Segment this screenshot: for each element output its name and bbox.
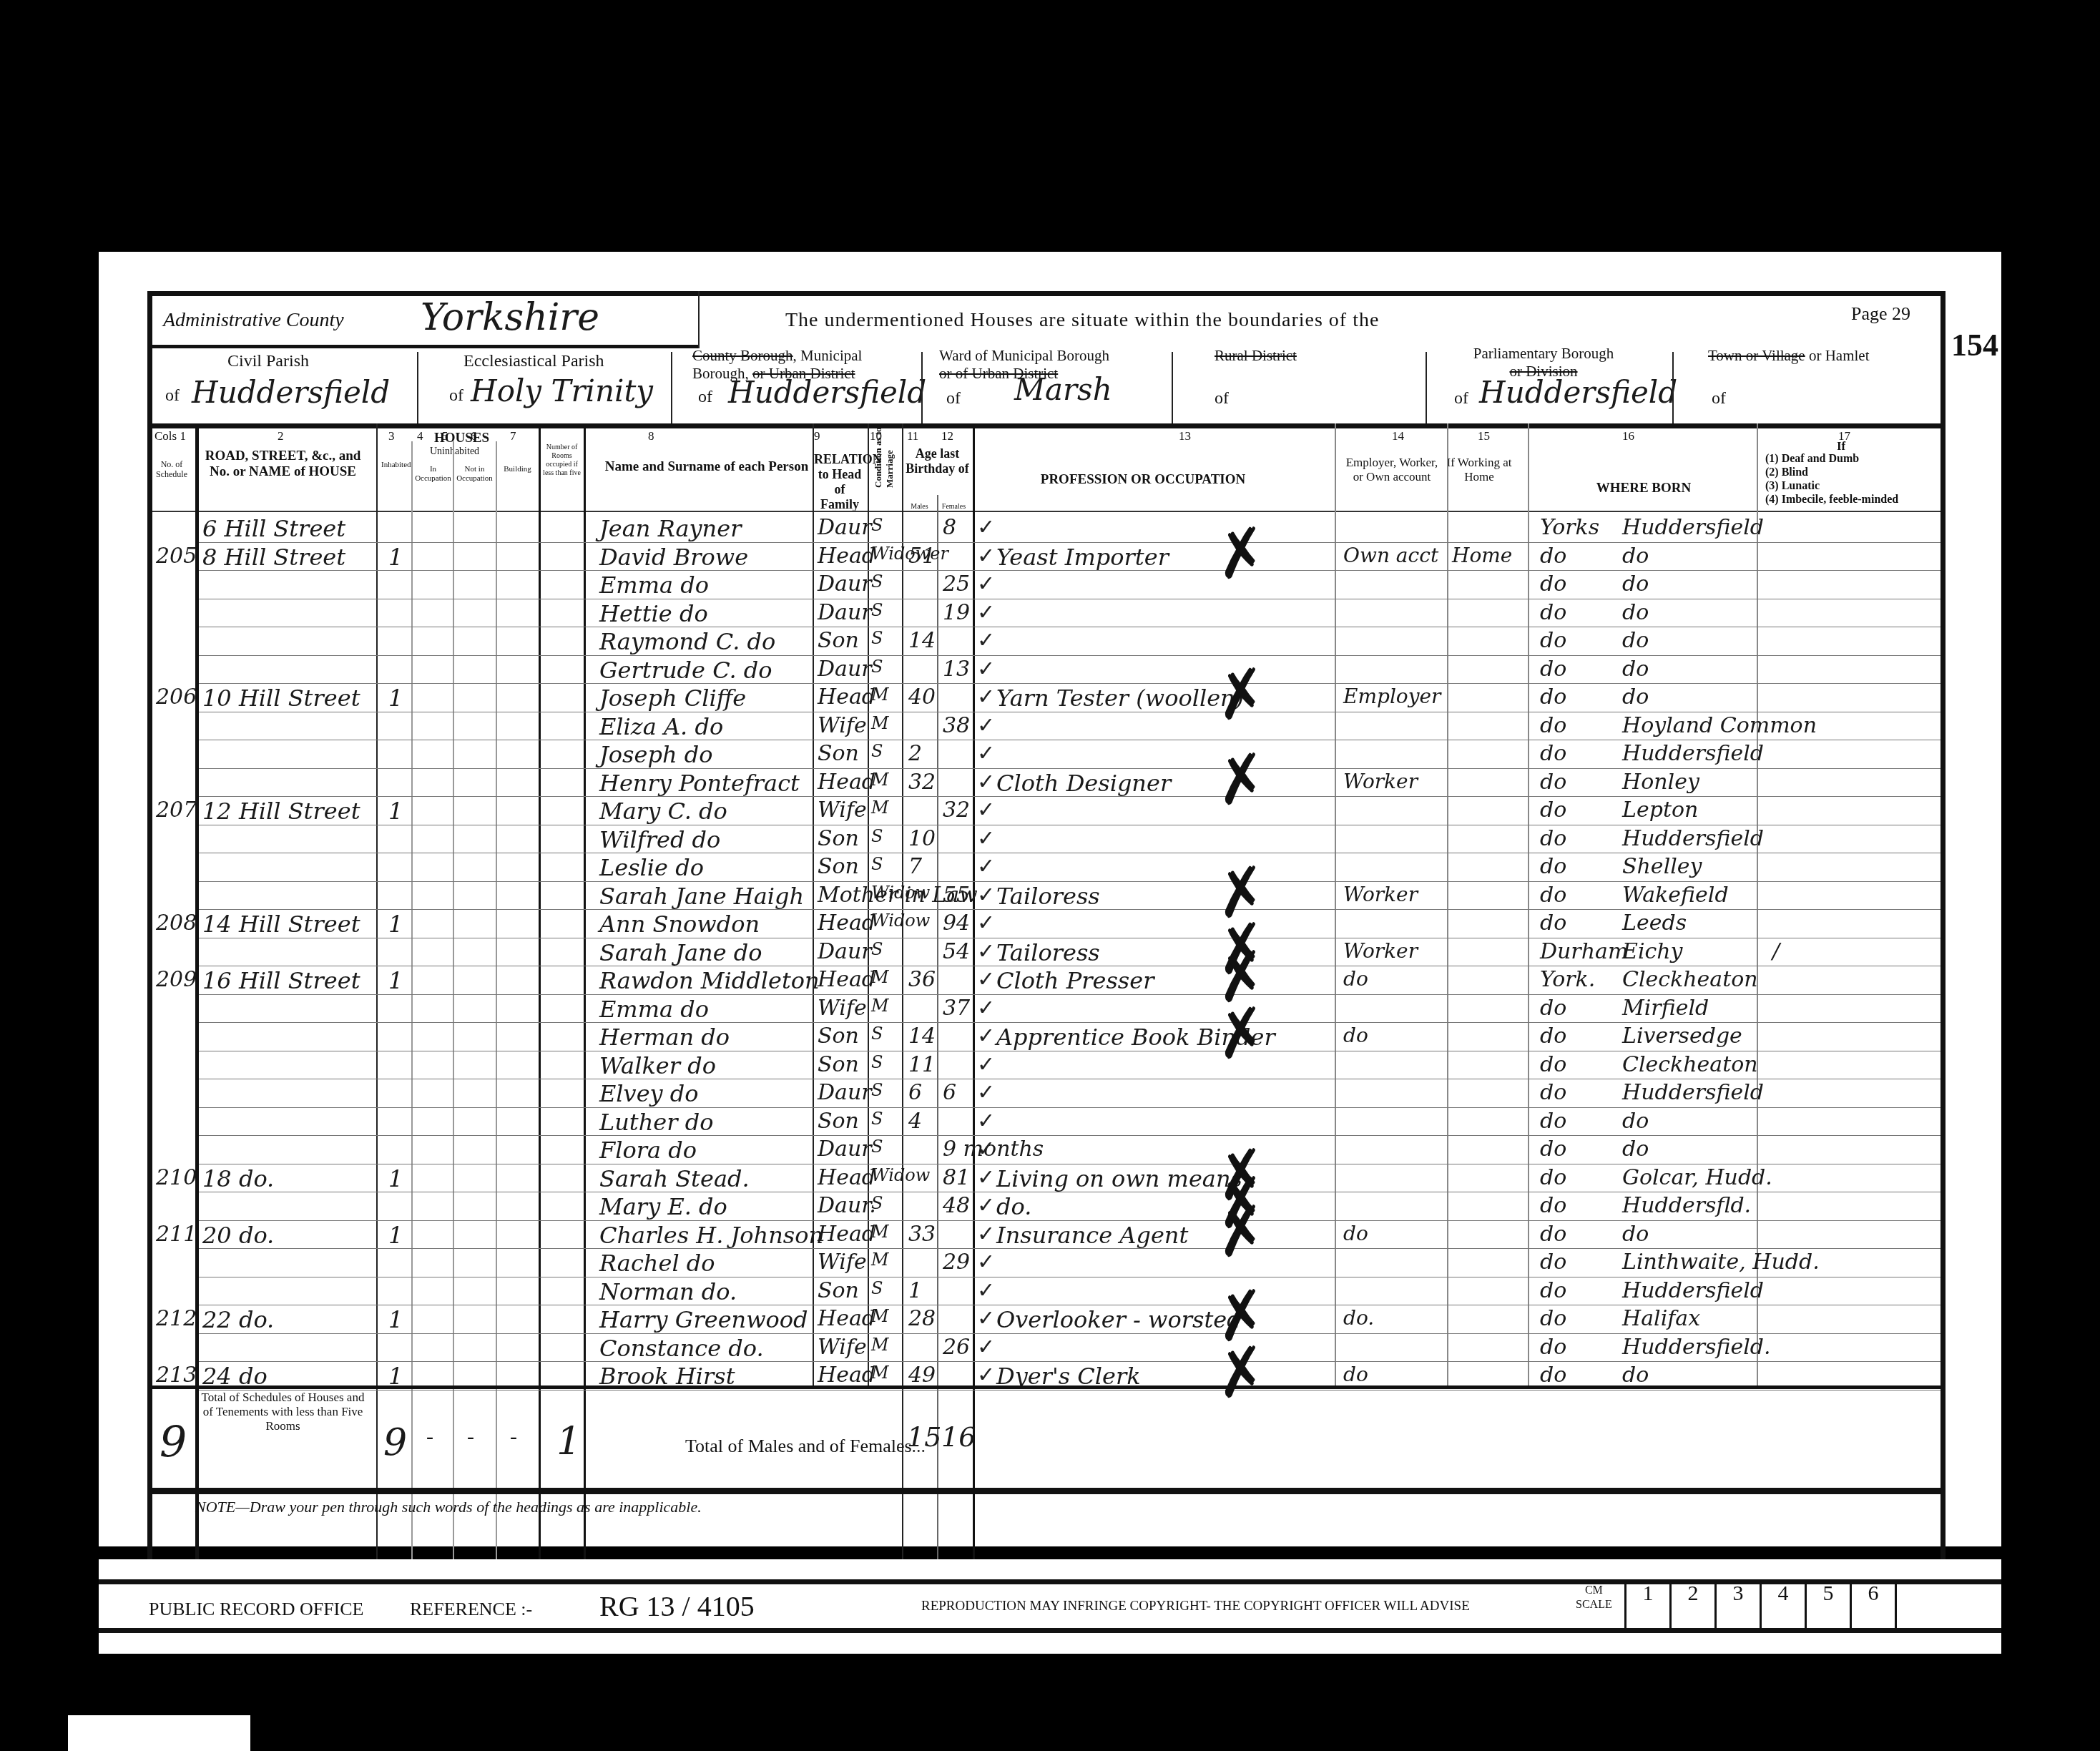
schedules-total: 9 <box>160 1418 187 1468</box>
cell-address: 20 do. <box>202 1222 274 1249</box>
cell-occupation: Tailoress <box>996 883 1100 910</box>
rural-district-label: Rural District <box>1215 347 1297 365</box>
table-row: Henry PontefractHeadM32Cloth DesignerWor… <box>99 770 2001 798</box>
cell-condition: M <box>871 713 889 733</box>
divider <box>671 352 672 423</box>
table-row: Elvey doDaurS66doHuddersfield✓ <box>99 1080 2001 1109</box>
label: or Hamlet <box>1805 347 1870 364</box>
row-rule <box>199 599 1940 599</box>
cell-address: 12 Hill Street <box>202 798 360 825</box>
dash: - <box>510 1425 517 1449</box>
check-mark-icon: ✓ <box>977 628 995 653</box>
cell-condition: S <box>871 1193 883 1213</box>
cell-born-county: do <box>1540 572 1566 597</box>
of-label: of <box>698 388 712 407</box>
cell-age-f: 8 <box>943 515 956 540</box>
header-schedule: No. of Schedule <box>150 459 193 479</box>
cell-age-m: 6 <box>908 1080 922 1105</box>
cell-inhabited: 1 <box>388 967 403 994</box>
cell-born-place: Huddersfield <box>1622 741 1764 766</box>
of-label: of <box>1454 389 1468 408</box>
cell-condition: M <box>871 798 889 818</box>
check-mark-icon: ✓ <box>977 600 995 625</box>
cell-name: Luther do <box>599 1109 713 1136</box>
cell-name: Flora do <box>599 1137 697 1164</box>
check-mark-icon: ✓ <box>977 657 995 682</box>
cell-born-place: do <box>1622 1222 1649 1247</box>
cell-born-county: do <box>1540 1052 1566 1077</box>
civil-parish-label: Civil Parish <box>227 352 309 371</box>
cell-age-m: 10 <box>908 826 936 851</box>
header-employment: Employer, Worker, or Own account <box>1342 456 1442 484</box>
cell-condition: S <box>871 1080 883 1100</box>
table-row: Mary E. doDaur.S48do.doHuddersfld.✓✗ <box>99 1193 2001 1222</box>
header-not-in-occupation: Not in Occupation <box>455 465 494 484</box>
cell-born-county: do <box>1540 544 1566 569</box>
cell-born-place: Cleckheaton <box>1622 967 1758 992</box>
check-mark-icon: ✓ <box>977 996 995 1021</box>
cell-occupation: Tailoress <box>996 939 1100 966</box>
label: Ward of Municipal Borough <box>939 347 1109 364</box>
cell-born-place: Golcar, Hudd. <box>1622 1165 1772 1190</box>
cell-born-place: Huddersfield. <box>1622 1335 1770 1360</box>
col-num: 2 <box>278 429 284 443</box>
cell-condition: M <box>871 1250 889 1270</box>
cell-employment: do <box>1343 1363 1368 1386</box>
check-mark-icon: ✓ <box>977 798 995 823</box>
cell-address: 22 do. <box>202 1306 274 1333</box>
cell-name: Hettie do <box>599 600 708 627</box>
check-mark-icon: ✓ <box>977 1024 995 1049</box>
cell-employment: do <box>1343 1024 1368 1047</box>
infirmity-option: (3) Lunatic <box>1765 479 1937 493</box>
cell-name: Herman do <box>599 1024 730 1051</box>
ecclesiastical-parish-value: Holy Trinity <box>471 373 653 408</box>
cell-relation: Daur <box>818 515 872 540</box>
table-row: Flora doDaurS9 monthsdodo✓ <box>99 1137 2001 1165</box>
civil-parish-value: Huddersfield <box>192 375 390 410</box>
infirmity-option: (2) Blind <box>1765 466 1937 479</box>
cell-condition: M <box>871 1335 889 1355</box>
row-rule <box>199 1022 1940 1023</box>
cell-schedule: 211 <box>156 1222 197 1247</box>
check-mark-icon: ✓ <box>977 1165 995 1190</box>
cell-relation: Head <box>818 544 875 569</box>
scale-mark: 2 <box>1669 1579 1714 1628</box>
cell-name: Rawdon Middleton <box>599 967 820 994</box>
cell-born-county: do <box>1540 1024 1566 1049</box>
cell-relation: Daur <box>818 1080 872 1105</box>
cell-relation: Son <box>818 741 859 766</box>
header-building: Building <box>498 465 537 474</box>
cell-schedule: 212 <box>156 1306 197 1331</box>
intro-text: The undermentioned Houses are situate wi… <box>785 309 1379 332</box>
cell-age-m: 51 <box>908 544 936 569</box>
check-mark-icon: ✓ <box>977 770 995 795</box>
row-rule <box>199 768 1940 769</box>
check-mark-icon: ✓ <box>977 826 995 851</box>
cell-relation: Daur <box>818 657 872 682</box>
cell-name: Constance do. <box>599 1335 764 1362</box>
table-row: Emma doWifeM37doMirfield✓ <box>99 996 2001 1024</box>
cell-age-f: 26 <box>943 1335 970 1360</box>
cell-address: 10 Hill Street <box>202 685 360 712</box>
cell-born-place: Mirfield <box>1622 996 1709 1021</box>
cell-age-f: 13 <box>943 657 970 682</box>
cell-born-place: Leeds <box>1622 911 1687 936</box>
cell-condition: S <box>871 572 883 592</box>
table-row: 21018 do.1Sarah Stead.HeadWidow81Living … <box>99 1165 2001 1194</box>
row-rule <box>199 825 1940 825</box>
cell-relation: Head <box>818 911 875 936</box>
cell-name: David Browe <box>599 544 748 571</box>
cell-born-county: do <box>1540 1165 1566 1190</box>
header-in-occupation: In Occupation <box>413 465 453 484</box>
row-rule <box>199 938 1940 938</box>
cell-born-place: Huddersfield <box>1622 826 1764 851</box>
cell-born-county: do <box>1540 1306 1566 1331</box>
cell-born-place: do <box>1622 1363 1649 1388</box>
cell-name: Leslie do <box>599 854 704 881</box>
cell-born-county: do <box>1540 798 1566 823</box>
check-mark-icon: ✓ <box>977 1193 995 1218</box>
cell-condition: Widow <box>871 883 930 903</box>
cell-schedule: 205 <box>156 544 197 569</box>
cell-name: Raymond C. do <box>599 628 775 655</box>
cell-address: 14 Hill Street <box>202 911 360 938</box>
cell-born-place: Liversedge <box>1622 1024 1742 1049</box>
row-rule <box>199 1135 1940 1136</box>
cell-inhabited: 1 <box>388 544 403 571</box>
cell-age-f: 25 <box>943 572 970 597</box>
header-relation: RELATION to Head of Family <box>814 452 865 512</box>
cell-age-m: 2 <box>908 741 922 766</box>
header-bottom <box>150 511 1942 512</box>
cell-occupation: Yeast Importer <box>996 544 1169 571</box>
cell-name: Charles H. Johnson <box>599 1222 823 1249</box>
cell-born-county: do <box>1540 911 1566 936</box>
cell-infirmity: / <box>1772 939 1780 964</box>
cell-condition: Widow <box>871 1165 930 1185</box>
ecclesiastical-parish-label: Ecclesiastical Parish <box>463 352 604 371</box>
cell-born-place: Eichy <box>1622 939 1683 964</box>
col-num: 12 <box>941 429 953 443</box>
scale-mark: 5 <box>1805 1579 1850 1628</box>
header-inhabited: Inhabited <box>381 461 410 470</box>
cell-address: 8 Hill Street <box>202 544 345 571</box>
cell-schedule: 213 <box>156 1363 197 1388</box>
cell-born-place: Linthwaite, Hudd. <box>1622 1250 1820 1275</box>
cell-schedule: 210 <box>156 1165 197 1190</box>
admin-county-value: Yorkshire <box>421 296 599 339</box>
cell-age-m: 36 <box>908 967 936 992</box>
cell-born-county: do <box>1540 657 1566 682</box>
cell-condition: S <box>871 1109 883 1129</box>
top-border <box>149 291 1943 296</box>
table-row: Rachel doWifeM29doLinthwaite, Hudd.✓ <box>99 1250 2001 1278</box>
cell-born-county: do <box>1540 826 1566 851</box>
cell-age-f: 6 <box>943 1080 956 1105</box>
check-mark-icon: ✓ <box>977 1306 995 1331</box>
cell-inhabited: 1 <box>388 911 403 938</box>
of-label: of <box>449 386 463 406</box>
cell-occupation: Cloth Presser <box>996 967 1154 994</box>
of-label: of <box>1215 389 1229 408</box>
cell-relation: Son <box>818 628 859 653</box>
cell-born-county: do <box>1540 1222 1566 1247</box>
check-mark-icon: ✓ <box>977 685 995 710</box>
scale-end <box>1895 1579 1940 1628</box>
cell-born-place: Huddersfield <box>1622 515 1764 540</box>
header-if: If <box>1837 439 1845 453</box>
header-address: ROAD, STREET, &c., and No. or NAME of HO… <box>199 448 367 480</box>
rooms-total: 1 <box>556 1419 581 1464</box>
cell-name: Henry Pontefract <box>599 770 800 797</box>
check-mark-icon: ✓ <box>977 515 995 540</box>
cell-relation: Head <box>818 685 875 710</box>
cell-born-county: do <box>1540 713 1566 738</box>
cell-name: Gertrude C. do <box>599 657 772 684</box>
cell-employment: Worker <box>1343 770 1418 793</box>
cell-condition: S <box>871 657 883 677</box>
cell-schedule: 209 <box>156 967 197 992</box>
cell-inhabited: 1 <box>388 1165 403 1192</box>
cell-condition: S <box>871 515 883 535</box>
cell-condition: M <box>871 967 889 987</box>
cell-occupation: Cloth Designer <box>996 770 1171 797</box>
table-row: Luther doSonS4dodo✓ <box>99 1109 2001 1137</box>
cell-occupation: Living on own means <box>996 1165 1242 1192</box>
cell-born-county: do <box>1540 996 1566 1021</box>
label: Parliamentary Borough <box>1473 345 1614 362</box>
table-row: Sarah Jane HaighMother in LawWidow55Tail… <box>99 883 2001 911</box>
cell-relation: Son <box>818 1109 859 1134</box>
cell-name: Jean Rayner <box>599 515 741 542</box>
cell-relation: Daur <box>818 939 872 964</box>
table-row: Herman doSonS14Apprentice Book Binderdod… <box>99 1024 2001 1052</box>
check-mark-icon: ✓ <box>977 1222 995 1247</box>
struck-label: Town or Village <box>1708 347 1805 364</box>
cell-age-m: 40 <box>908 685 936 710</box>
cell-born-county: do <box>1540 854 1566 879</box>
cell-born-place: do <box>1622 600 1649 625</box>
table-row: Emma doDaurS25dodo✓ <box>99 572 2001 600</box>
row-rule <box>199 853 1940 853</box>
cell-born-place: Shelley <box>1622 854 1702 879</box>
header-age: Age last Birthday of <box>903 446 971 476</box>
borough-value: Huddersfield <box>728 375 926 410</box>
cell-age-f: 55 <box>943 883 970 908</box>
table-row: 21222 do.1Harry GreenwoodHeadM28Overlook… <box>99 1306 2001 1335</box>
page-label: Page 29 <box>1851 303 1910 325</box>
cell-inhabited: 1 <box>388 1306 403 1333</box>
town-label: Town or Village or Hamlet <box>1708 347 1870 365</box>
header-name: Name and Surname of each Person <box>599 459 814 475</box>
cell-born-county: do <box>1540 685 1566 710</box>
scale-mark: 4 <box>1760 1579 1805 1628</box>
cell-schedule: 207 <box>156 798 197 823</box>
table-row: Norman do.SonS1doHuddersfield✓ <box>99 1278 2001 1307</box>
header-houses: HOUSES <box>381 431 542 446</box>
table-row: 21120 do.1Charles H. JohnsonHeadM33Insur… <box>99 1222 2001 1250</box>
table-row: 20916 Hill Street1Rawdon MiddletonHeadM3… <box>99 967 2001 996</box>
struck-label: County Borough <box>692 347 793 364</box>
cell-born-place: do <box>1622 544 1649 569</box>
header-rule <box>149 423 1943 428</box>
cell-relation: Daur <box>818 600 872 625</box>
row-rule <box>199 1361 1940 1362</box>
cell-born-county: do <box>1540 1278 1566 1303</box>
cell-age-f: 37 <box>943 996 970 1021</box>
cell-age-m: 14 <box>908 628 936 653</box>
table-row: 20610 Hill Street1Joseph CliffeHeadM40Ya… <box>99 685 2001 713</box>
cell-name: Mary C. do <box>599 798 727 825</box>
cell-born-county: Durham <box>1540 939 1628 964</box>
cell-condition: S <box>871 741 883 761</box>
divider <box>698 291 700 348</box>
row-rule <box>199 1079 1940 1079</box>
label: SCALE <box>1576 1598 1612 1612</box>
header-occupation: PROFESSION OR OCCUPATION <box>986 472 1300 488</box>
cell-name: Harry Greenwood <box>599 1306 808 1333</box>
cell-name: Mary E. do <box>599 1193 727 1220</box>
cell-condition: S <box>871 939 883 959</box>
cell-schedule: 206 <box>156 685 197 710</box>
header-condition: Condition as to Marriage <box>873 409 896 488</box>
scan-corner <box>68 1715 250 1751</box>
cell-occupation: do. <box>996 1193 1031 1220</box>
header-uninhabited: Uninhabited <box>413 445 496 458</box>
cell-name: Ann Snowdon <box>599 911 760 938</box>
cell-born-place: do <box>1622 1137 1649 1162</box>
cell-born-place: Huddersfield <box>1622 1278 1764 1303</box>
cell-age-f: 54 <box>943 939 970 964</box>
cell-occupation: Overlooker - worsted <box>996 1306 1242 1333</box>
cell-name: Elvey do <box>599 1080 699 1107</box>
cell-born-place: do <box>1622 572 1649 597</box>
row-rule <box>199 881 1940 882</box>
row-rule <box>199 655 1940 656</box>
cell-condition: M <box>871 1222 889 1242</box>
cell-born-county: Yorks <box>1540 515 1599 540</box>
cell-address: 18 do. <box>202 1165 274 1192</box>
cell-age-m: 49 <box>908 1363 936 1388</box>
cell-born-place: Wakefield <box>1622 883 1729 908</box>
cell-age-f: 32 <box>943 798 970 823</box>
cell-born-place: do <box>1622 685 1649 710</box>
cell-relation: Head <box>818 770 875 795</box>
cell-name: Sarah Jane do <box>599 939 762 966</box>
cell-condition: M <box>871 1306 889 1326</box>
cell-relation: Head <box>818 1363 875 1388</box>
cell-relation: Son <box>818 826 859 851</box>
check-mark-icon: ✓ <box>977 883 995 908</box>
females-total: 16 <box>941 1421 976 1453</box>
census-sheet: 154 Administrative County Yorkshire The … <box>99 252 2001 1546</box>
cell-born-place: Hoyland Common <box>1622 713 1817 738</box>
cell-condition: Widow <box>871 911 930 931</box>
of-label: of <box>1712 389 1726 408</box>
row-rule <box>199 1220 1940 1221</box>
cell-name: Emma do <box>599 996 709 1023</box>
cell-employment: do <box>1343 967 1368 991</box>
cell-age-m: 7 <box>908 854 922 879</box>
cell-relation: Daur <box>818 572 872 597</box>
cell-age-f: 48 <box>943 1193 970 1218</box>
cell-born-county: do <box>1540 1193 1566 1218</box>
cell-relation: Wife <box>818 798 867 823</box>
scale-mark: 1 <box>1624 1579 1669 1628</box>
males-females-label: Total of Males and of Females... <box>685 1436 926 1457</box>
cell-born-place: do <box>1622 628 1649 653</box>
cell-age-f: 29 <box>943 1250 970 1275</box>
col-num: 15 <box>1478 429 1490 443</box>
cell-age-m: 33 <box>908 1222 936 1247</box>
footer-rule <box>99 1628 2001 1633</box>
cell-employment: Worker <box>1343 883 1418 906</box>
cell-age-f: 94 <box>943 911 970 936</box>
totals-rule <box>150 1385 1942 1389</box>
check-mark-icon: ✓ <box>977 713 995 738</box>
header-at-home: If Working at Home <box>1443 456 1515 484</box>
admin-county-label: Administrative County <box>163 309 344 332</box>
cell-born-place: Huddersfld. <box>1622 1193 1751 1218</box>
cell-relation: Wife <box>818 996 867 1021</box>
cell-employment: do. <box>1343 1306 1374 1330</box>
cell-relation: Head <box>818 1222 875 1247</box>
cell-age-m: 28 <box>908 1306 936 1331</box>
cell-employment: Worker <box>1343 939 1418 963</box>
cell-born-place: Huddersfield <box>1622 1080 1764 1105</box>
row-rule <box>199 1277 1940 1277</box>
check-mark-icon: ✓ <box>977 1080 995 1105</box>
cell-born-county: York. <box>1540 967 1595 992</box>
note: NOTE—Draw your pen through such words of… <box>195 1498 702 1516</box>
cell-employment: Employer <box>1343 685 1441 708</box>
cell-born-county: do <box>1540 741 1566 766</box>
cell-born-county: do <box>1540 883 1566 908</box>
check-mark-icon: ✓ <box>977 572 995 597</box>
scale-mark: 3 <box>1714 1579 1760 1628</box>
cell-condition: S <box>871 1024 883 1044</box>
table-row: Joseph doSonS2doHuddersfield✓ <box>99 741 2001 770</box>
infirmity-option: (4) Imbecile, feeble-minded <box>1765 493 1937 506</box>
inhabited-total: 9 <box>383 1421 407 1464</box>
copyright-notice: REPRODUCTION MAY INFRINGE COPYRIGHT- THE… <box>921 1599 1470 1614</box>
cell-name: Norman do. <box>599 1278 737 1305</box>
cell-age-m: 11 <box>908 1052 936 1077</box>
cell-age-m: 4 <box>908 1109 922 1134</box>
cell-name: Rachel do <box>599 1250 715 1277</box>
cell-born-place: Cleckheaton <box>1622 1052 1758 1077</box>
cm-scale-label: CM SCALE <box>1576 1584 1612 1612</box>
header-infirmity: (1) Deaf and Dumb (2) Blind (3) Lunatic … <box>1765 452 1937 506</box>
cell-age-m: 32 <box>908 770 936 795</box>
dash: - <box>467 1425 474 1449</box>
cell-born-county: do <box>1540 1137 1566 1162</box>
col-num: 13 <box>1179 429 1191 443</box>
of-label: of <box>165 386 180 406</box>
cell-born-place: Halifax <box>1622 1306 1700 1331</box>
cell-relation: Wife <box>818 713 867 738</box>
header-rooms: Number of Rooms occupied if less than fi… <box>542 443 582 478</box>
cell-name: Joseph Cliffe <box>599 685 746 712</box>
cell-born-county: do <box>1540 1080 1566 1105</box>
cell-relation: Son <box>818 1278 859 1303</box>
cell-age-m: 14 <box>908 1024 936 1049</box>
cell-condition: M <box>871 770 889 790</box>
cell-relation: Wife <box>818 1335 867 1360</box>
